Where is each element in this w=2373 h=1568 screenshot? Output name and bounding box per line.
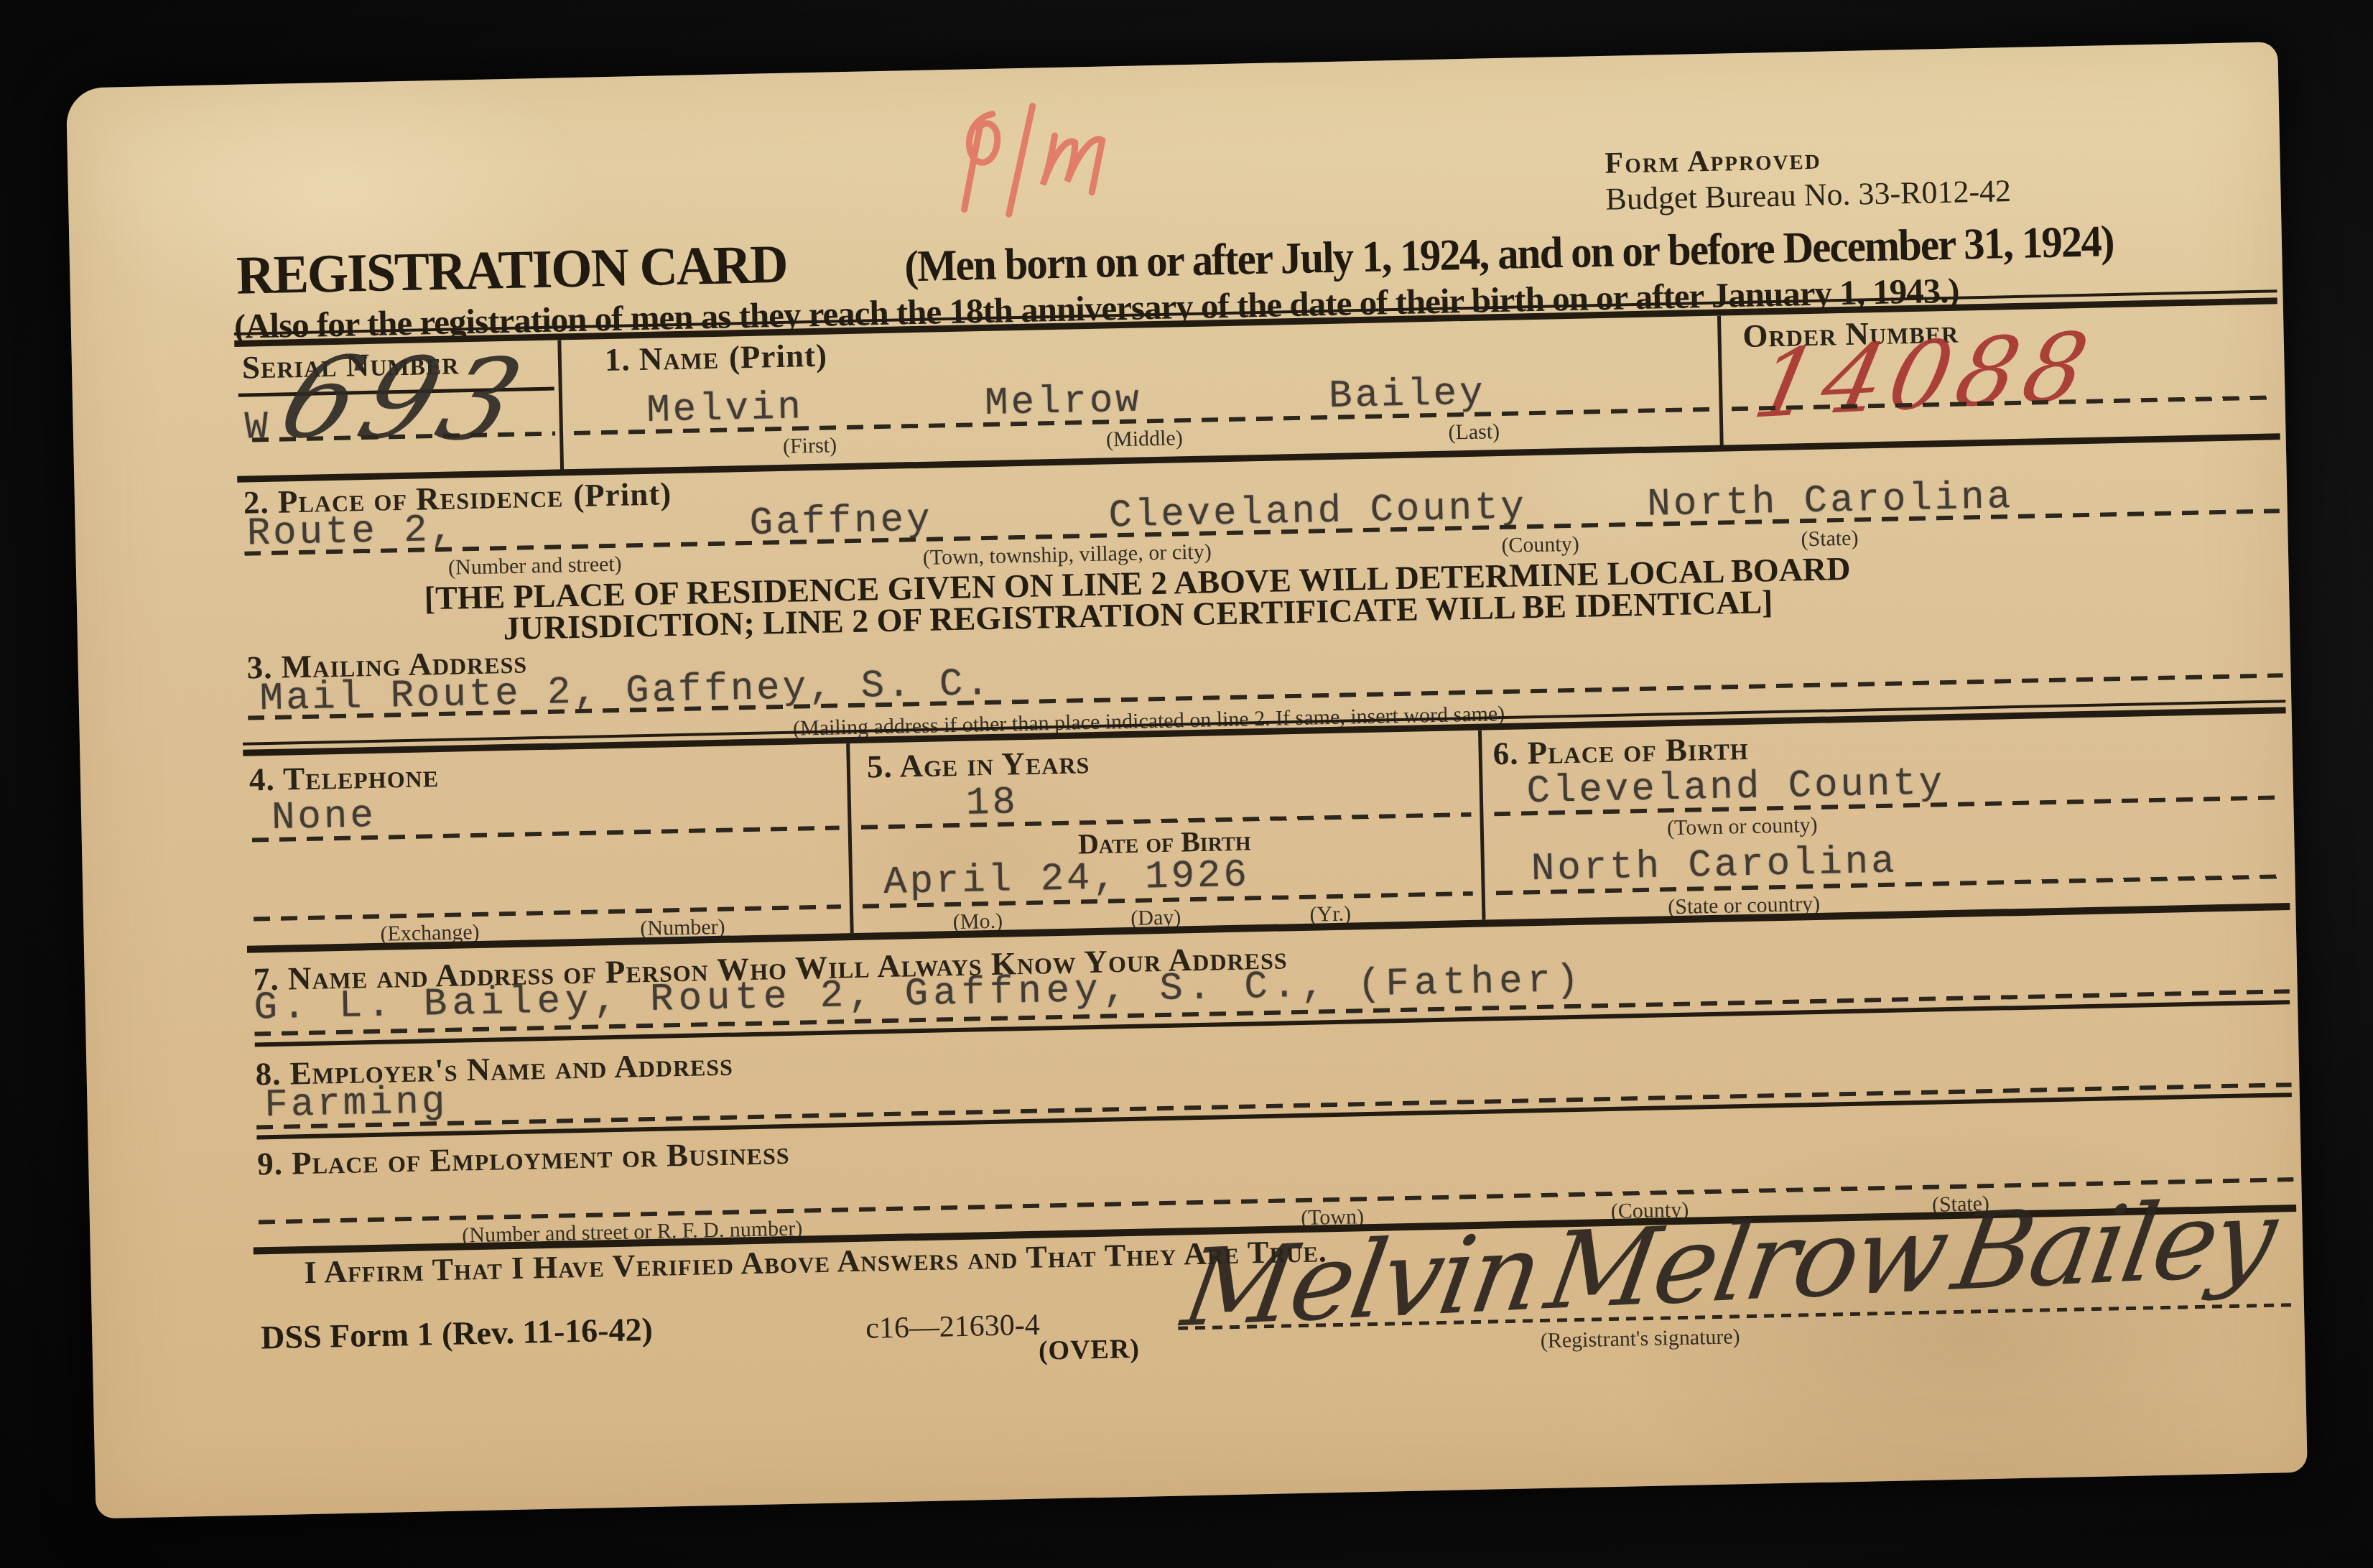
sub-last: (Last) [1448, 419, 1500, 445]
sub-registrant-signature: (Registrant's signature) [1541, 1325, 1740, 1353]
sub-state: (State) [1801, 526, 1859, 552]
form-number: DSS Form 1 (Rev. 11-16-42) [261, 1310, 654, 1356]
form-approved-label: Form Approved [1605, 142, 1821, 181]
fill-line [254, 904, 841, 921]
employment-label: 9. Place of Employment or Business [257, 1134, 790, 1183]
sub-first: (First) [783, 433, 837, 459]
red-pencil-scribble-icon [947, 91, 1151, 224]
order-number-handwritten: 14088 [1745, 311, 2104, 440]
divider [237, 433, 2280, 483]
serial-number-handwritten: 693 [265, 332, 544, 466]
age-label: 5. Age in Years [866, 743, 1090, 785]
sub-middle: (Middle) [1106, 426, 1183, 452]
column-divider [1478, 730, 1486, 920]
telephone-label: 4. Telephone [249, 757, 439, 799]
print-code: c16—21630-4 [865, 1308, 1041, 1346]
card-content: Form Approved Budget Bureau No. 33-R012-… [229, 42, 2302, 1515]
budget-bureau-label: Budget Bureau No. 33-R012-42 [1605, 172, 2012, 218]
divider [256, 1093, 2292, 1139]
over-label: (OVER) [1038, 1333, 1140, 1367]
registration-card: Form Approved Budget Bureau No. 33-R012-… [66, 42, 2308, 1518]
employer-value: Farming [264, 1080, 448, 1128]
fill-line [256, 1082, 2292, 1129]
column-divider [1717, 316, 1724, 447]
age-value: 18 [965, 781, 1018, 826]
sub-town-or-county: (Town or county) [1667, 813, 1818, 840]
serial-prefix: W [244, 406, 271, 450]
card-title: REGISTRATION CARD [236, 237, 788, 303]
column-divider [557, 340, 564, 470]
name-label: 1. Name(Print) [604, 337, 827, 379]
telephone-value: None [271, 794, 377, 840]
sub-county: (County) [1501, 532, 1579, 558]
column-divider [846, 743, 854, 933]
